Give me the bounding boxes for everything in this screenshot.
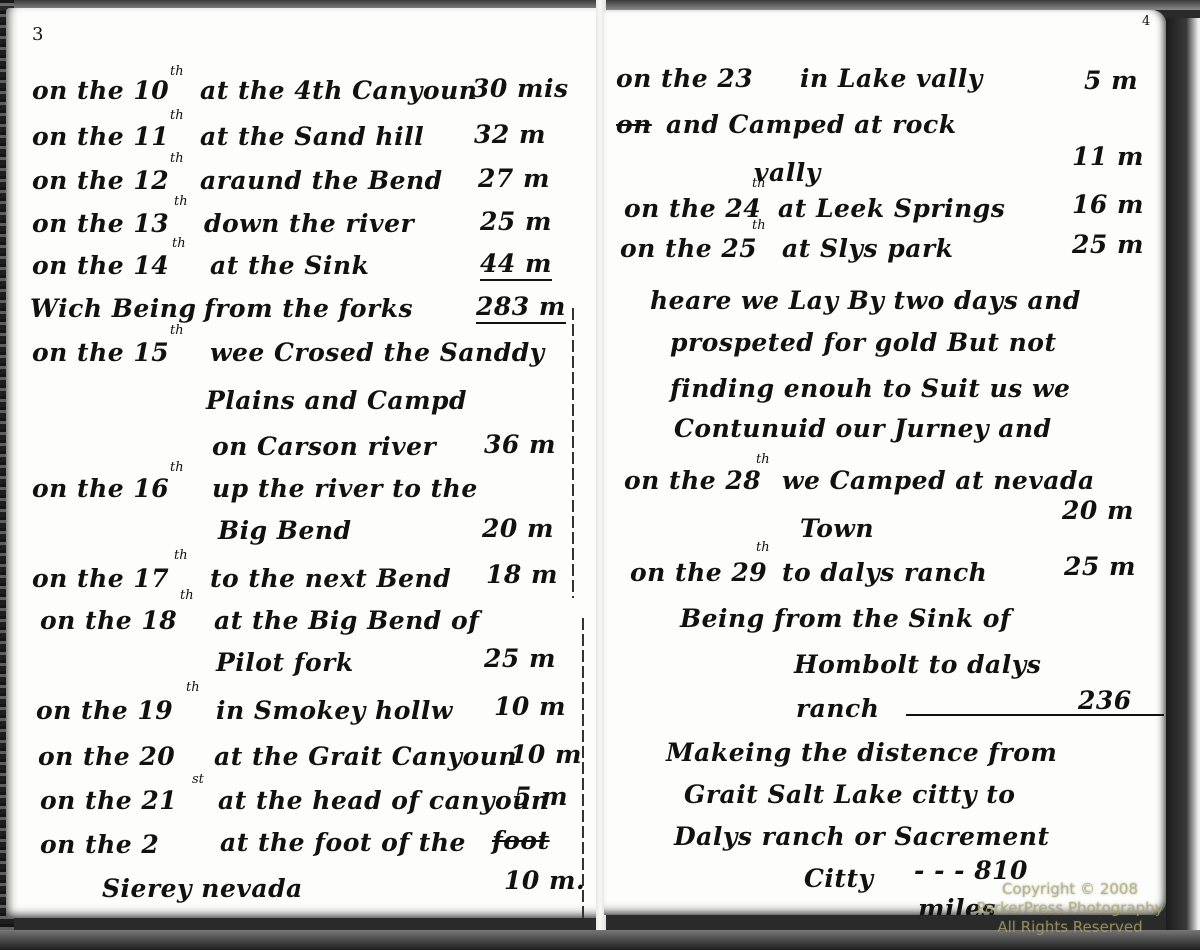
- entry-place: at the foot of the: [220, 828, 466, 857]
- entry-date: on the 25: [620, 234, 757, 263]
- entry-continuation: Big Bend: [218, 516, 352, 545]
- entry-distance: 25 m: [1064, 552, 1136, 581]
- entry-place: araund the Bend: [200, 166, 443, 195]
- entry-place: wee Crosed the Sanddy: [210, 338, 545, 367]
- entry-distance: 20 m: [1062, 496, 1134, 525]
- watermark-line: ParkerPress Photography: [940, 899, 1200, 918]
- summary-line: Hombolt to dalys: [794, 650, 1041, 679]
- ordinal-suffix: th: [186, 680, 200, 695]
- ordinal-suffix: th: [172, 236, 186, 251]
- entry-date: on the 19: [36, 696, 173, 725]
- entry-continuation: Pilot fork: [216, 648, 354, 677]
- page-right-edge: [1166, 18, 1200, 938]
- ordinal-suffix: th: [174, 548, 188, 563]
- total-rule: [906, 714, 1164, 716]
- entry-place: and Camped at rock: [666, 110, 957, 139]
- journal-note: Contunuid our Jurney and: [674, 414, 1052, 443]
- ordinal-suffix: th: [756, 540, 770, 555]
- entry-place: at the Sand hill: [200, 122, 424, 151]
- entry-place: at the head of canyoun: [218, 786, 550, 815]
- entry-place: we Camped at nevada: [782, 466, 1095, 495]
- total-label: Wich Being: [30, 294, 196, 323]
- entry-place: in Smokey hollw: [216, 696, 453, 725]
- entry-date: on the 16: [32, 474, 169, 503]
- entry-date: on the 29: [630, 558, 767, 587]
- summary-line: Dalys ranch or Sacrement: [674, 822, 1050, 851]
- struck-word: on: [616, 110, 652, 139]
- entry-date: on the 12: [32, 166, 169, 195]
- summary-line: ranch: [796, 694, 879, 723]
- entry-date: on the 17: [32, 564, 169, 593]
- total-description: from the forks: [204, 294, 413, 323]
- entry-date: on the 13: [32, 209, 169, 238]
- entry-distance: 20 m: [482, 514, 554, 543]
- entry-date: on the 14: [32, 251, 169, 280]
- entry-continuation: on Carson river: [212, 432, 436, 461]
- ordinal-suffix: th: [170, 64, 184, 79]
- summary-line: Makeing the distence from: [666, 738, 1057, 767]
- entry-date: on the 11: [32, 122, 169, 151]
- ordinal-suffix: th: [170, 323, 184, 338]
- entry-date: on the 10: [32, 76, 169, 105]
- entry-distance: 25 m: [484, 644, 556, 673]
- entry-place: at Slys park: [782, 234, 953, 263]
- entry-place: at the Grait Canyoun: [214, 742, 517, 771]
- copyright-watermark: Copyright © 2008 ParkerPress Photography…: [940, 880, 1200, 937]
- ordinal-suffix: th: [170, 460, 184, 475]
- ordinal-suffix: th: [752, 218, 766, 233]
- entry-date: on the 24: [624, 194, 761, 223]
- page-number: 3: [32, 24, 43, 45]
- ordinal-suffix: th: [170, 108, 184, 123]
- margin-rule: [572, 308, 574, 598]
- entry-distance: 25 m: [1072, 230, 1144, 259]
- summary-line: Grait Salt Lake citty to: [684, 780, 1015, 809]
- entry-place: to dalys ranch: [782, 558, 987, 587]
- entry-distance: 18 m: [486, 560, 558, 589]
- total-distance: 283 m: [476, 292, 566, 324]
- entry-distance: 10 m: [510, 740, 582, 769]
- ordinal-suffix: th: [752, 176, 766, 191]
- ordinal-suffix: th: [174, 194, 188, 209]
- entry-place: down the river: [204, 209, 414, 238]
- ordinal-suffix: th: [180, 588, 194, 603]
- entry-date: on the 20: [38, 742, 175, 771]
- entry-distance: 36 m: [484, 430, 556, 459]
- entry-continuation: Plains and Campd: [206, 386, 467, 415]
- entry-distance: 10 m: [494, 692, 566, 721]
- entry-date: on the 28: [624, 466, 761, 495]
- entry-distance: 32 m: [474, 120, 546, 149]
- entry-distance-subtotal: 44 m: [480, 249, 552, 281]
- margin-rule: [582, 618, 584, 918]
- entry-continuation: Sierey nevada: [102, 874, 303, 903]
- entry-date: on the 23: [616, 64, 753, 93]
- entry-distance: 30 mis: [472, 74, 569, 103]
- left-page: 3 on the 10 th at the 4th Canyoun 30 mis…: [6, 8, 598, 918]
- page-number: 4: [1142, 14, 1150, 29]
- ordinal-suffix: th: [756, 452, 770, 467]
- entry-place: at the 4th Canyoun: [200, 76, 477, 105]
- watermark-line: Copyright © 2008: [940, 880, 1200, 899]
- struck-word: foot: [492, 826, 550, 855]
- entry-date: on the 21: [40, 786, 177, 815]
- entry-place: at the Sink: [210, 251, 369, 280]
- entry-continuation: Town: [800, 514, 874, 543]
- entry-date: on the 2: [40, 830, 159, 859]
- entry-place: at the Big Bend of: [214, 606, 479, 635]
- journal-spread: 3 on the 10 th at the 4th Canyoun 30 mis…: [0, 0, 1200, 950]
- watermark-line: All Rights Reserved: [940, 918, 1200, 937]
- entry-place: up the river to the: [212, 474, 478, 503]
- entry-distance: 5 m: [514, 782, 568, 811]
- entry-distance: 16 m: [1072, 190, 1144, 219]
- entry-place: at Leek Springs: [778, 194, 1005, 223]
- entry-distance: 27 m: [478, 164, 550, 193]
- entry-distance: 5 m: [1084, 66, 1138, 95]
- summary-line: Citty: [804, 864, 874, 893]
- ordinal-suffix: st: [192, 772, 204, 787]
- journal-note: prospeted for gold But not: [670, 328, 1057, 357]
- summary-line: Being from the Sink of: [680, 604, 1011, 633]
- entry-place: to the next Bend: [210, 564, 451, 593]
- journal-note: finding enouh to Suit us we: [670, 374, 1070, 403]
- entry-date: on the 15: [32, 338, 169, 367]
- entry-place: in Lake vally: [800, 64, 983, 93]
- ordinal-suffix: th: [170, 151, 184, 166]
- entry-distance: 25 m: [480, 207, 552, 236]
- summary-total: 236: [1078, 686, 1132, 715]
- entry-distance: 11 m: [1072, 142, 1144, 171]
- entry-distance: 10 m.: [504, 866, 585, 895]
- right-page: 4 on the 23 in Lake vally 5 m on and Cam…: [604, 10, 1166, 915]
- journal-note: heare we Lay By two days and: [650, 286, 1081, 315]
- entry-date: on the 18: [40, 606, 177, 635]
